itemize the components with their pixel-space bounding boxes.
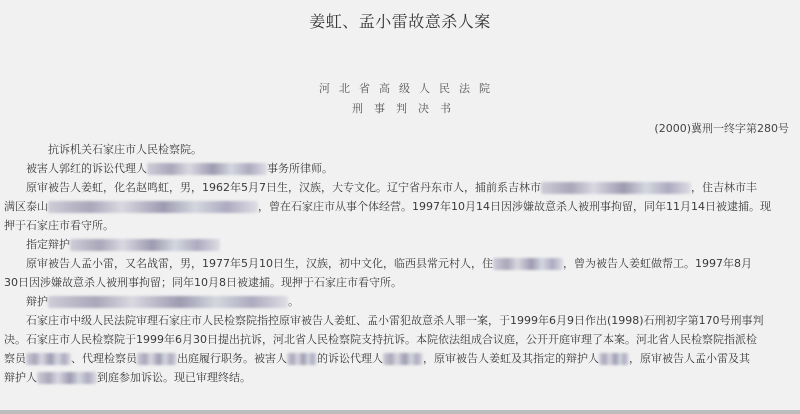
paragraph-text: ，住吉林市丰 [691, 181, 757, 194]
paragraph-text: 辩护 [26, 295, 48, 308]
case-number: (2000)冀刑一终字第280号 [654, 120, 789, 136]
document-type: 刑事判决书 [0, 100, 800, 116]
paragraph-proceedings: 石家庄市中级人民法院审理石家庄市人民检察院指控原审被告人姜虹、孟小雷犯故意杀人罪… [4, 311, 794, 387]
paragraph-text: 押于石家庄市看守所。 [4, 219, 114, 232]
paragraph-text: 。 [288, 295, 299, 308]
paragraph-text: 的诉讼代理人 [317, 352, 383, 365]
paragraph-text: 满区泰山 [4, 200, 48, 213]
paragraph-text: 石家庄市中级人民法院审理石家庄市人民检察院指控原审被告人姜虹、孟小雷犯故意杀人罪… [26, 314, 764, 327]
redacted-text [37, 372, 97, 384]
paragraph-defendant-meng: 原审被告人孟小雷，又名战雷，男，1977年5月10日生，汉族，初中文化，临西县常… [4, 254, 794, 292]
paragraph-text: 事务所律师。 [267, 162, 333, 175]
redacted-text [493, 258, 563, 270]
redacted-text [48, 296, 288, 308]
paragraph-defender: 辩护。 [4, 292, 794, 311]
redacted-text [383, 353, 423, 365]
paragraph-text: 辩护人 [4, 371, 37, 384]
redacted-text [287, 353, 317, 365]
paragraph-text: ，原审被告人姜虹及其指定的辩护人 [423, 352, 599, 365]
bottom-border [0, 410, 800, 414]
redacted-text [70, 239, 220, 251]
redacted-text [26, 353, 71, 365]
paragraph-text: 30日因涉嫌故意杀人被刑事拘留；同年10月8日被逮捕。现押于石家庄市看守所。 [4, 276, 402, 289]
document-title: 姜虹、孟小雷故意杀人案 [0, 9, 800, 32]
court-name: 河北省高级人民法院 [0, 80, 800, 96]
redacted-text [599, 353, 629, 365]
paragraph-text: 抗诉机关石家庄市人民检察院。 [48, 143, 202, 156]
paragraph-text: 出庭履行职务。被害人 [177, 352, 287, 365]
redacted-text [147, 163, 267, 175]
paragraph-victim-agent: 被害人郭红的诉讼代理人事务所律师。 [4, 159, 794, 178]
paragraph-text: 到庭参加诉讼。现已审理终结。 [97, 371, 251, 384]
paragraph-text: 指定辩护 [26, 238, 70, 251]
paragraph-appointed-defender: 指定辩护 [4, 235, 794, 254]
redacted-text [541, 182, 691, 194]
paragraph-text: 原审被告人姜虹，化名赵鸣虹，男，1962年5月7日生，汉族，大专文化。辽宁省丹东… [26, 181, 541, 194]
judgment-body: 抗诉机关石家庄市人民检察院。 被害人郭红的诉讼代理人事务所律师。 原审被告人姜虹… [4, 140, 794, 387]
paragraph-text: ，曾在石家庄市从事个体经营。1997年10月14日因涉嫌故意杀人被刑事拘留，同年… [258, 200, 771, 213]
paragraph-text: 决。石家庄市人民检察院于1999年6月30日提出抗诉，河北省人民检察院支持抗诉。… [4, 333, 757, 346]
paragraph-defendant-jiang: 原审被告人姜虹，化名赵鸣虹，男，1962年5月7日生，汉族，大专文化。辽宁省丹东… [4, 178, 794, 235]
redacted-text [48, 201, 258, 213]
paragraph-text: 察员 [4, 352, 26, 365]
paragraph-text: ，曾为被告人姜虹做帮工。1997年8月 [563, 257, 752, 270]
paragraph-text: ，原审被告人孟小雷及其 [629, 352, 750, 365]
paragraph-text: 原审被告人孟小雷，又名战雷，男，1977年5月10日生，汉族，初中文化，临西县常… [26, 257, 493, 270]
paragraph-text: 、代理检察员 [71, 352, 137, 365]
paragraph-text: 被害人郭红的诉讼代理人 [26, 162, 147, 175]
redacted-text [137, 353, 177, 365]
paragraph-prosecutor: 抗诉机关石家庄市人民检察院。 [4, 140, 794, 159]
